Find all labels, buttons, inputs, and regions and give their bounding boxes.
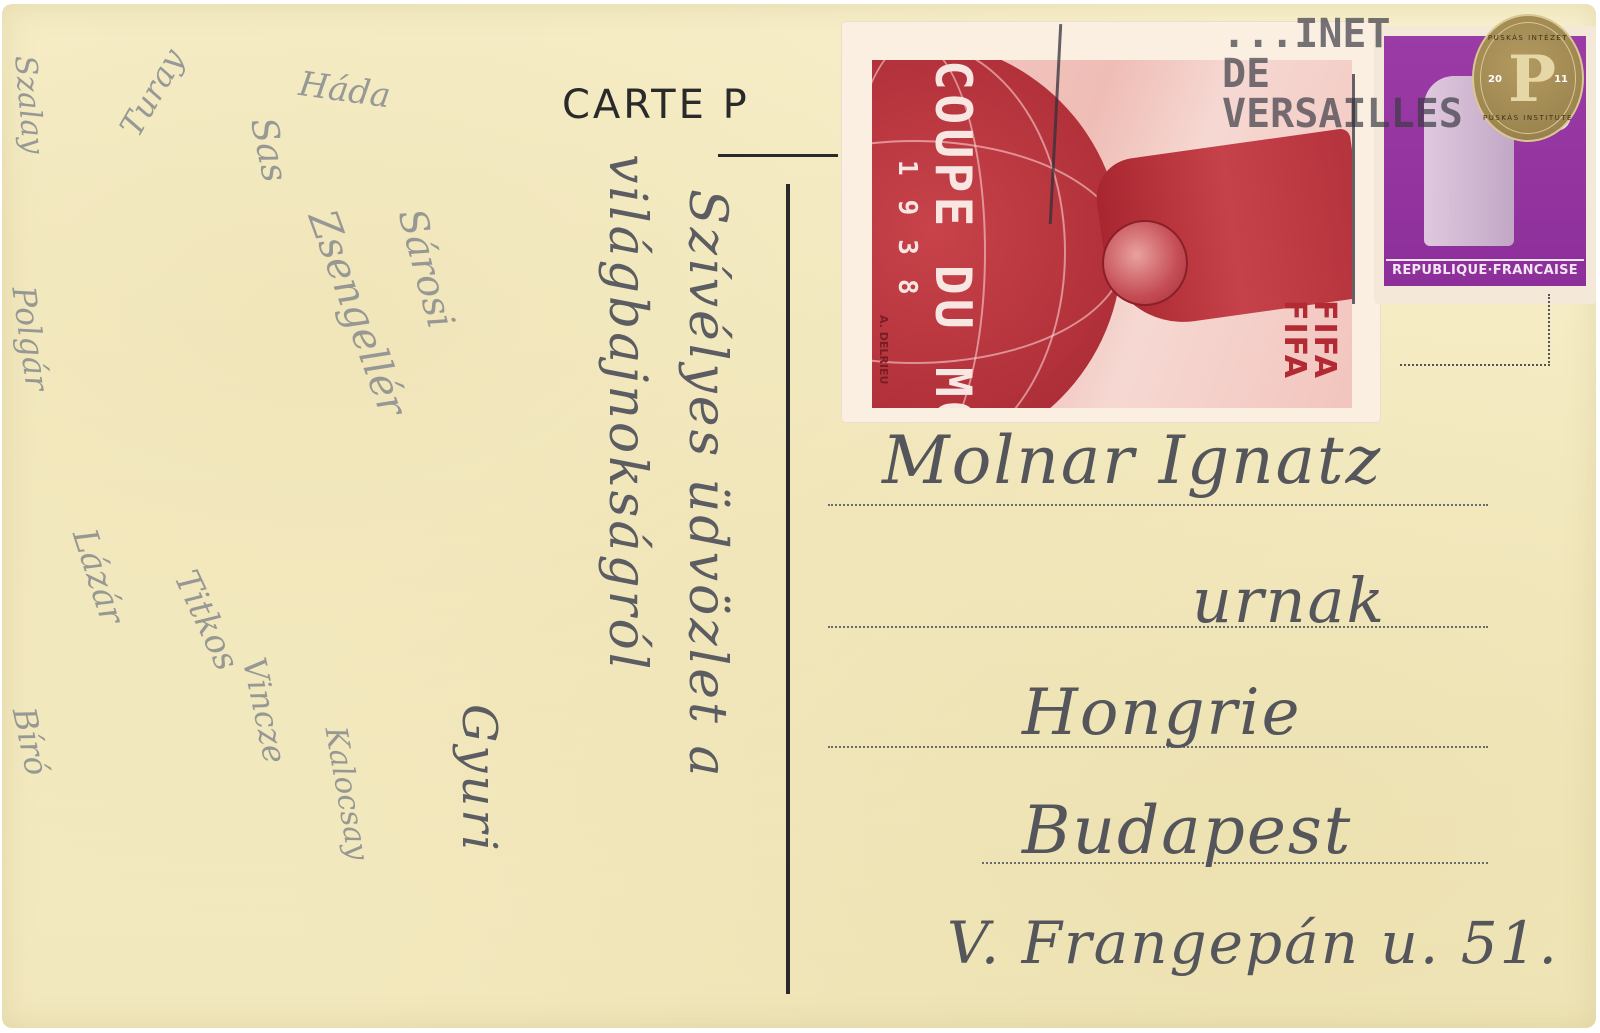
- signature: Titkos: [166, 564, 247, 677]
- stamp-country: REPUBLIQUE·FRANCAISE: [1386, 259, 1584, 278]
- message-line-2: világbajnokságról: [597, 154, 657, 672]
- signature: Kalocsay: [318, 724, 376, 863]
- signature: Sárosi: [389, 204, 463, 333]
- badge-top-text: PUSKÁS INTÉZET: [1474, 34, 1582, 42]
- badge-letter: P: [1508, 42, 1556, 117]
- signature: Vincze: [235, 654, 294, 767]
- stamp-artist: A. DELRIEU: [877, 315, 890, 384]
- address-honorific: urnak: [1192, 564, 1386, 637]
- signature: Sas: [242, 114, 296, 186]
- signature: Háda: [296, 64, 393, 116]
- address-recipient: Molnar Ignatz: [882, 422, 1382, 499]
- header-rule: [718, 154, 838, 157]
- signature: Szalay: [7, 54, 50, 155]
- address-line: [828, 626, 1488, 628]
- football-icon: [1102, 220, 1188, 306]
- badge-year-right: 11: [1554, 74, 1568, 85]
- postcard-back: CARTE P Háda Szalay Turay Sas Zsengellér…: [2, 4, 1596, 1028]
- signature: Bíró: [5, 704, 56, 779]
- badge-year-left: 20: [1488, 74, 1502, 85]
- message-signature: Gyuri: [451, 704, 507, 854]
- center-divider: [786, 184, 790, 994]
- signature: Turay: [112, 42, 192, 143]
- stamp-year: 1938: [892, 160, 922, 319]
- stamp-title: COUPE DU MONDE: [924, 60, 982, 408]
- address-country: Hongrie: [1022, 676, 1301, 750]
- signature: Polgár: [4, 284, 56, 393]
- stamp-issuer: FIFA: [1307, 300, 1342, 380]
- puskas-institute-badge: PUSKÁS INTÉZET P 20 11 PUSKÁS INSTITUTE: [1472, 14, 1584, 142]
- badge-bottom-text: PUSKÁS INSTITUTE: [1474, 114, 1582, 122]
- postcard-header: CARTE P: [562, 82, 750, 128]
- stamp-placement-box: [1400, 294, 1550, 366]
- address-city: Budapest: [1022, 792, 1352, 869]
- postmark-wave: [1352, 74, 1355, 304]
- address-line: [828, 504, 1488, 506]
- postmark-text: ...INET DE VERSAILLES: [1222, 14, 1463, 134]
- stamp-issuer-2: FIFA: [1277, 300, 1312, 380]
- signature: Lázár: [64, 524, 132, 629]
- message-line-1: Szívélyes üdvözlet a: [677, 189, 737, 780]
- address-street: V. Frangepán u. 51.: [947, 909, 1559, 977]
